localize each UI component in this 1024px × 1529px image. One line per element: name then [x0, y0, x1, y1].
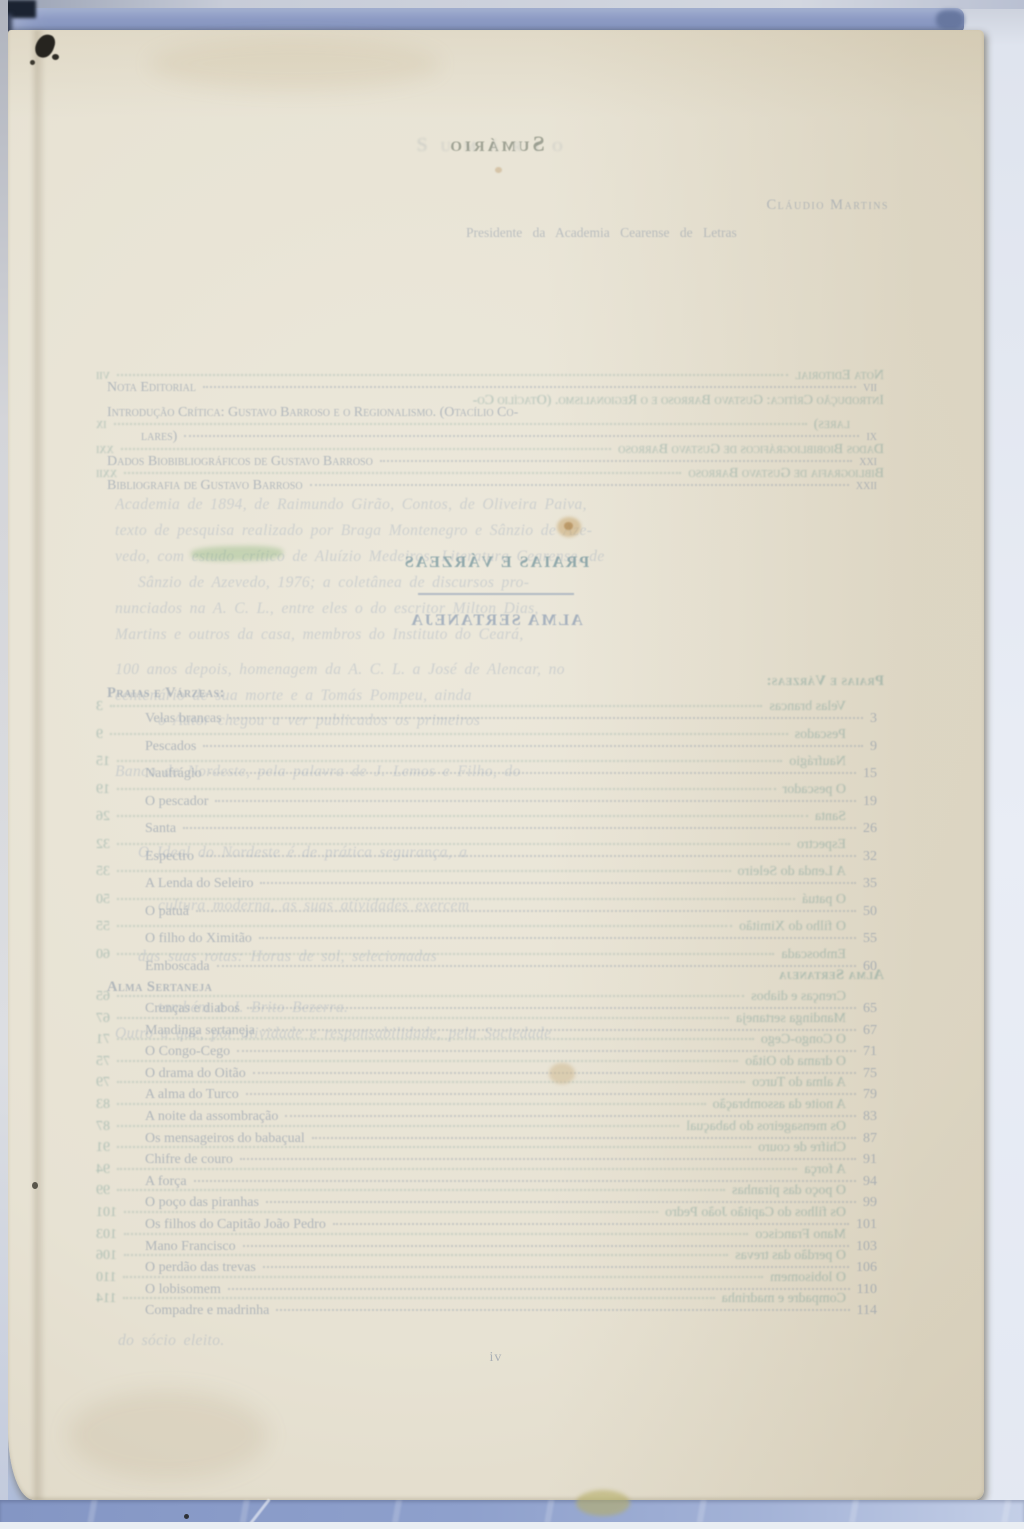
cover-wear-streaks — [0, 1500, 1024, 1523]
page-left-edge-sliver — [0, 0, 8, 1505]
foxing-spot — [495, 167, 502, 173]
ghost-note-line: cultura moderna, as suas atividades exer… — [158, 897, 778, 915]
page-number: iv — [8, 1350, 984, 1366]
cover-stain-yellow — [576, 1490, 630, 1516]
ink-speck — [52, 54, 59, 60]
ghost-note-line: texto de pesquisa realizado por Braga Mo… — [115, 522, 885, 540]
ghost-note-line: Outro a que, por atividade e responsabil… — [115, 1025, 855, 1043]
ghost-note-line: também a J. Brito Bezerra. — [158, 999, 578, 1017]
ghost-note-line: Banco do Nordeste, pela palavra de J. Le… — [115, 763, 755, 781]
book-cover-bottom-edge — [0, 1500, 1024, 1523]
ghost-note-line: Academia de 1894, de Raimundo Girão, Con… — [115, 496, 885, 514]
ghost-editorial-note-lines: Academia de 1894, de Raimundo Girão, Con… — [8, 30, 984, 1500]
ghost-note-line: Sânzio de Azevedo, 1976; a coletânea de … — [138, 574, 838, 592]
ghost-note-line: das suas rotas: Horas de sol, selecionad… — [138, 948, 738, 966]
ghost-note-line: nunciados na A. C. L., entre eles o do e… — [115, 600, 835, 618]
ghost-note-line: O Ideal do Nordeste é de prática seguran… — [138, 844, 818, 862]
ghost-note-line: o Autor chegou a ver publicados os prime… — [158, 712, 758, 730]
ghost-note-line: do sócio eleito. — [118, 1332, 358, 1350]
book-cover-top-edge — [0, 8, 964, 32]
book-page-photo: Sumário Sumário Cláudio Martins Presiden… — [0, 0, 1024, 1529]
ghost-note-line: 100 anos depois, homenagem da A. C. L. a… — [115, 661, 875, 679]
dark-speck — [32, 1182, 38, 1189]
book-page: Sumário Sumário Cláudio Martins Presiden… — [8, 30, 984, 1500]
cover-top-shadow-blob — [936, 10, 964, 30]
ink-speck — [30, 60, 35, 65]
scanner-bottom-edge — [0, 1522, 1024, 1529]
ghost-note-line: centenário de sua morte e a Tomás Pompeu… — [115, 687, 815, 705]
foxing-stain — [549, 1063, 575, 1084]
foxing-stain-core — [564, 522, 573, 530]
ghost-note-line: Martins e outros da casa, membros do Ins… — [115, 626, 815, 644]
cover-speck — [184, 1514, 189, 1519]
